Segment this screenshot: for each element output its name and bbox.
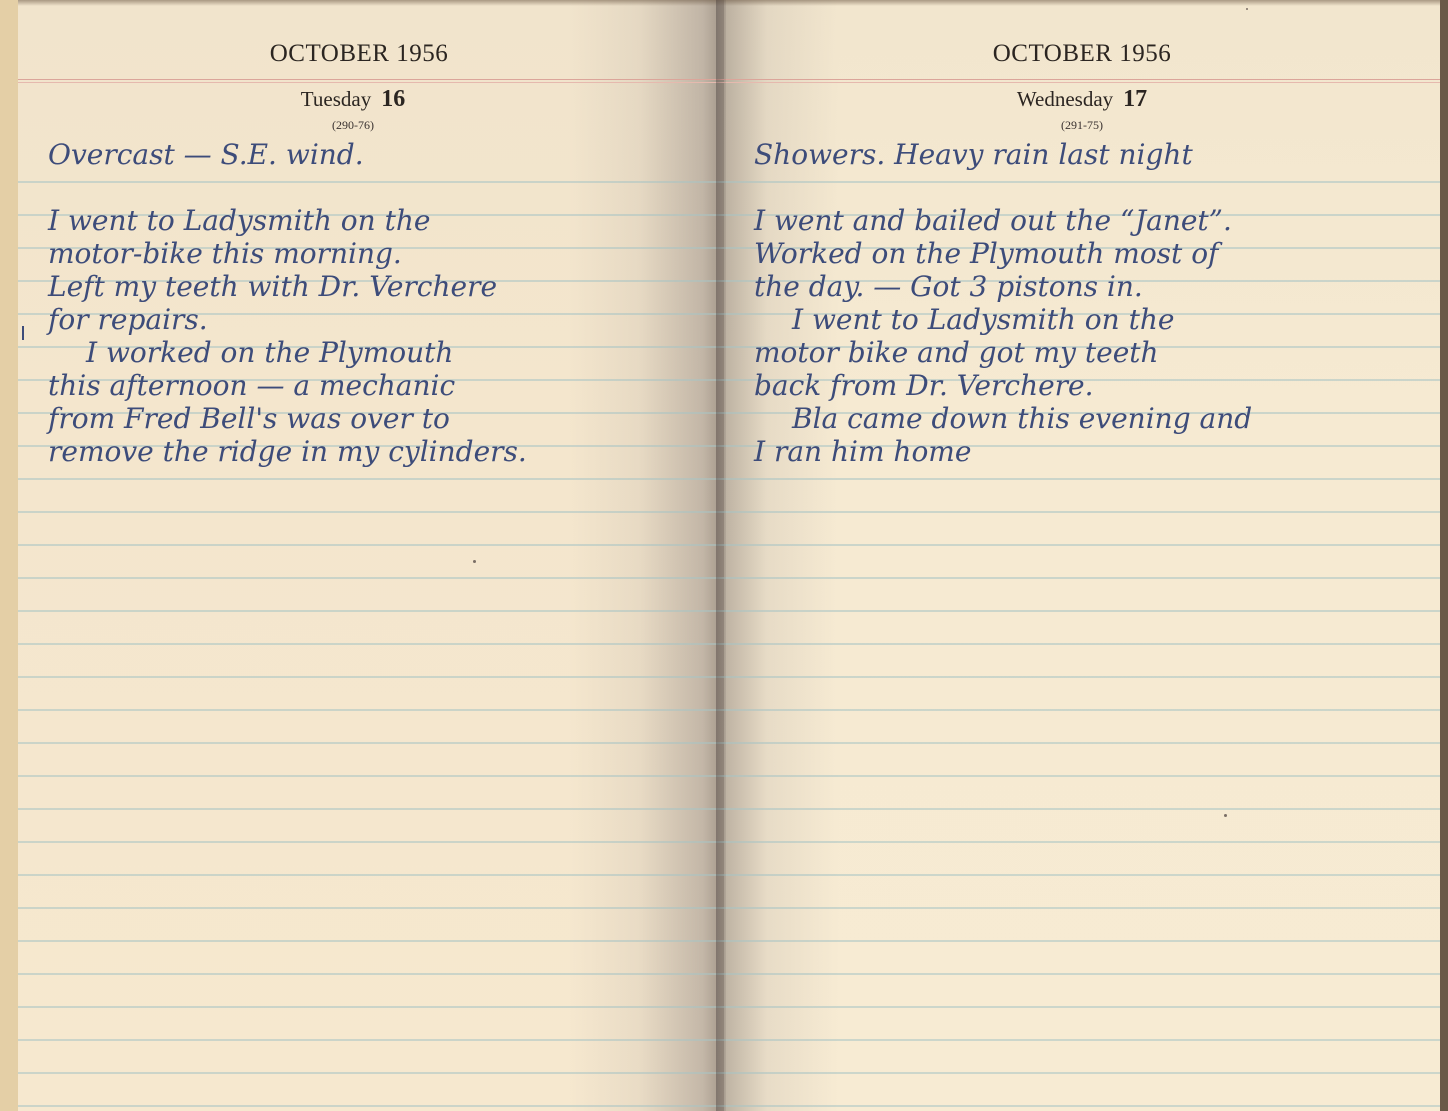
weather-note: Showers. Heavy rain last night	[754, 138, 1440, 171]
day-number: 16	[381, 86, 405, 112]
header-rule	[724, 79, 1440, 83]
paper-speck	[473, 560, 476, 563]
entry-line: motor bike and got my teeth	[754, 336, 1440, 369]
entry-line: Worked on the Plymouth most of	[754, 237, 1440, 270]
entry-line: I went to Ladysmith on the	[754, 303, 1440, 336]
entry-line: this afternoon — a mechanic	[48, 369, 724, 402]
entry-line: Left my teeth with Dr. Verchere	[48, 270, 724, 303]
header-rule	[18, 79, 724, 83]
entry-line: from Fred Bell's was over to	[48, 402, 724, 435]
left-page: OCTOBER 1956 Tuesday 16 (290-76) Overcas…	[0, 0, 724, 1111]
page-top-shadow	[724, 0, 1440, 6]
month-header: OCTOBER 1956	[6, 40, 712, 68]
day-heading: Wednesday 17	[724, 86, 1440, 113]
diary-entry: Showers. Heavy rain last night I went an…	[724, 138, 1440, 468]
entry-line: I ran him home	[754, 435, 1440, 468]
right-page: OCTOBER 1956 Wednesday 17 (291-75) Showe…	[724, 0, 1448, 1111]
entry-line: Bla came down this evening and	[754, 402, 1440, 435]
paper-speck	[1246, 8, 1248, 10]
entry-line: remove the ridge in my cylinders.	[48, 435, 724, 468]
entry-line: I worked on the Plymouth	[48, 336, 724, 369]
entry-line: back from Dr. Verchere.	[754, 369, 1440, 402]
day-of-year-count: (291-75)	[724, 118, 1440, 133]
diary-spread: OCTOBER 1956 Tuesday 16 (290-76) Overcas…	[0, 0, 1448, 1111]
month-header: OCTOBER 1956	[724, 40, 1440, 68]
weather-note: Overcast — S.E. wind.	[48, 138, 724, 171]
diary-entry: Overcast — S.E. wind. I went to Ladysmit…	[18, 138, 724, 468]
page-top-shadow	[18, 0, 724, 6]
entry-line: for repairs.	[48, 303, 724, 336]
entry-line: the day. — Got 3 pistons in.	[754, 270, 1440, 303]
entry-line: I went to Ladysmith on the	[48, 204, 724, 237]
entry-line: motor-bike this morning.	[48, 237, 724, 270]
paper-speck	[1224, 814, 1227, 817]
day-of-year-count: (290-76)	[0, 118, 706, 133]
day-heading: Tuesday 16	[0, 86, 706, 113]
entry-line: I went and bailed out the “Janet”.	[754, 204, 1440, 237]
day-number: 17	[1123, 86, 1147, 112]
day-name: Tuesday	[301, 87, 371, 111]
book-gutter	[716, 0, 726, 1111]
day-name: Wednesday	[1017, 87, 1113, 111]
